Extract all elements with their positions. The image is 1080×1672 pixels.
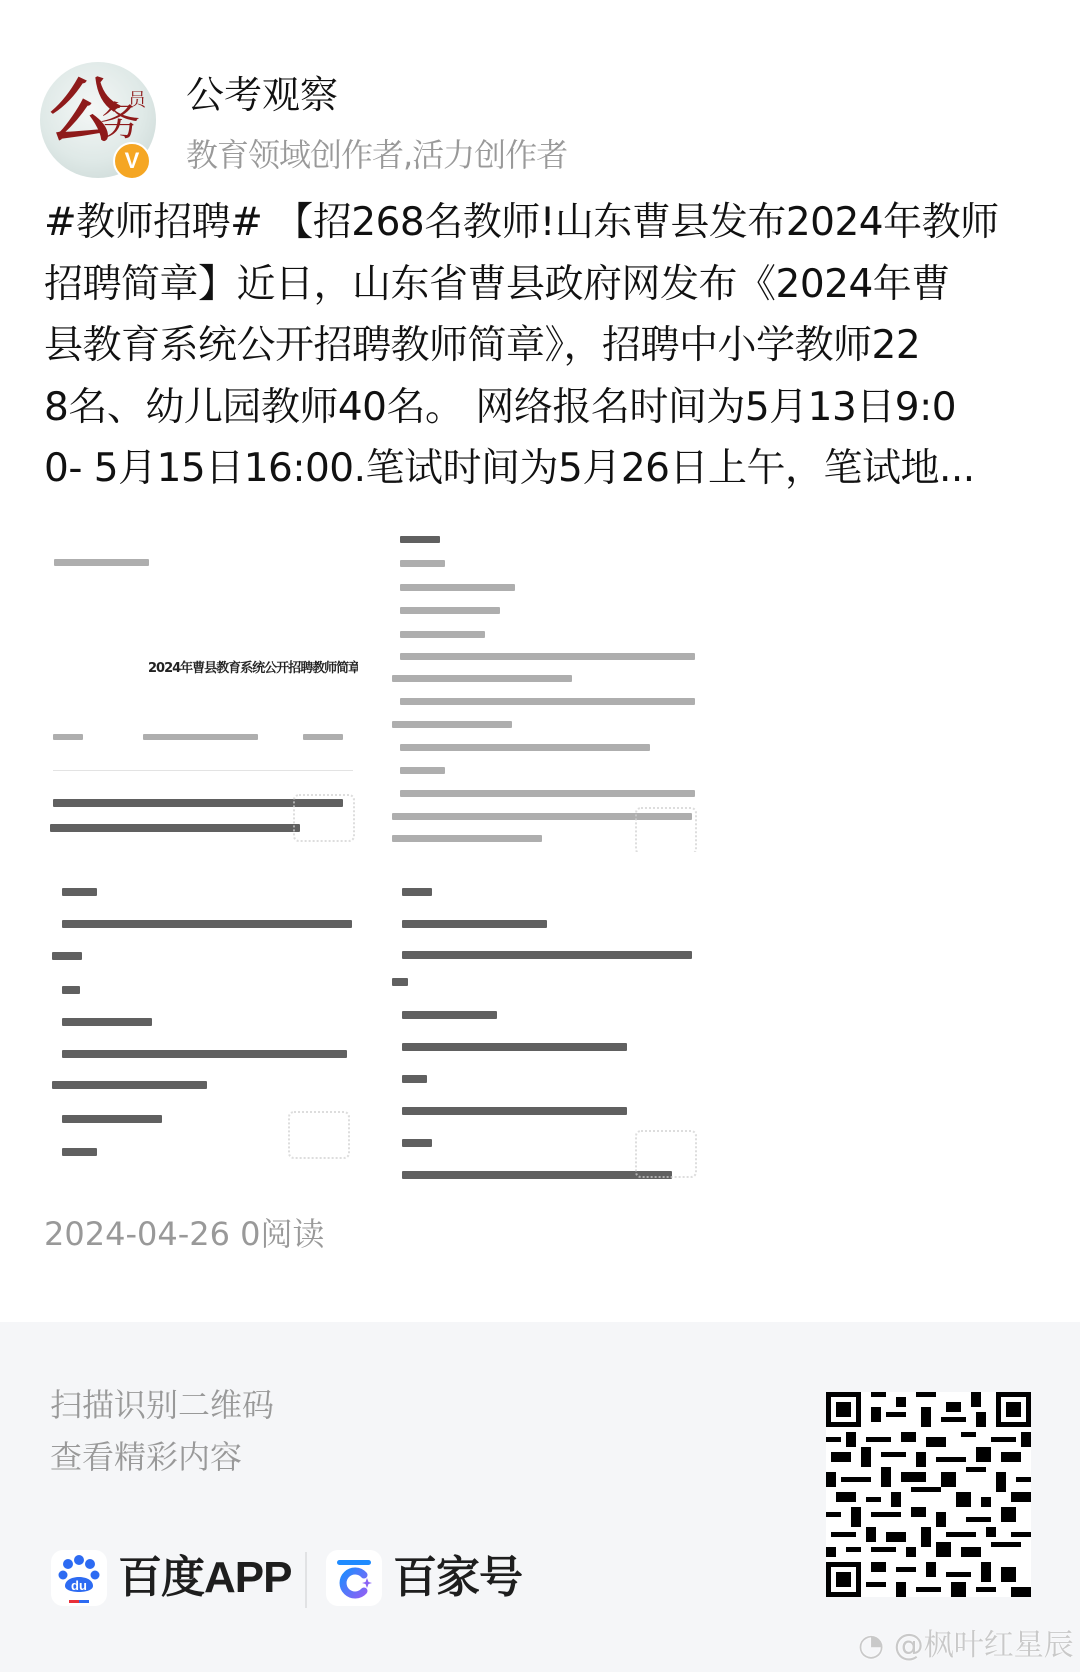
post-text-line: 县教育系统公开招聘教师简章》，招聘中小学教师22 [44, 315, 1044, 377]
avatar-glyph: 员 [128, 92, 146, 110]
qr-code[interactable] [826, 1392, 1031, 1597]
scan-qr-prompt: 扫描识别二维码 [50, 1383, 274, 1427]
author-description: 教育领域创作者,活力创作者 [186, 135, 567, 175]
post-text-line: 招聘简章】近日，山东省曹县政府网发布《2024年曹 [44, 254, 1044, 316]
baijiahao-label[interactable]: 百家号 [393, 1550, 522, 1606]
svg-text:du: du [71, 1578, 87, 1593]
image-watermark [635, 1130, 697, 1178]
post-image-1[interactable]: 2024年曹县教育系统公开招聘教师简章 [48, 512, 358, 852]
image-watermark [293, 794, 355, 842]
image-watermark [635, 807, 697, 852]
post-image-3[interactable] [48, 868, 358, 1208]
weibo-watermark: ◔ @枫叶红星辰 [858, 1626, 1074, 1666]
post-text[interactable]: #教师招聘# 【招268名教师!山东曹县发布2024年教师 招聘简章】近日，山东… [44, 192, 1044, 500]
image-watermark [288, 1111, 350, 1159]
post-image-2[interactable] [390, 512, 700, 852]
watermark-text: @枫叶红星辰 [894, 1628, 1074, 1663]
post-date-reads: 2024-04-26 0阅读 [44, 1212, 325, 1256]
verified-badge-icon: V [113, 142, 151, 180]
document-title: 2024年曹县教育系统公开招聘教师简章 [148, 657, 358, 676]
baidu-app-icon[interactable]: du [51, 1550, 107, 1606]
view-content-prompt: 查看精彩内容 [50, 1435, 242, 1479]
post-text-line: 8名、幼儿园教师40名。 网络报名时间为5月13日9:0 [44, 377, 1044, 439]
logo-divider [305, 1552, 307, 1608]
baijiahao-icon[interactable] [326, 1550, 382, 1606]
baidu-app-label[interactable]: 百度APP [118, 1550, 291, 1606]
author-name[interactable]: 公考观察 [186, 72, 338, 118]
post-text-line: #教师招聘# 【招268名教师!山东曹县发布2024年教师 [44, 192, 1044, 254]
post-image-4[interactable] [390, 868, 700, 1208]
weibo-icon: ◔ [858, 1628, 884, 1663]
post-text-line: 0- 5月15日16:00.笔试时间为5月26日上午，笔试地... [44, 438, 1044, 500]
